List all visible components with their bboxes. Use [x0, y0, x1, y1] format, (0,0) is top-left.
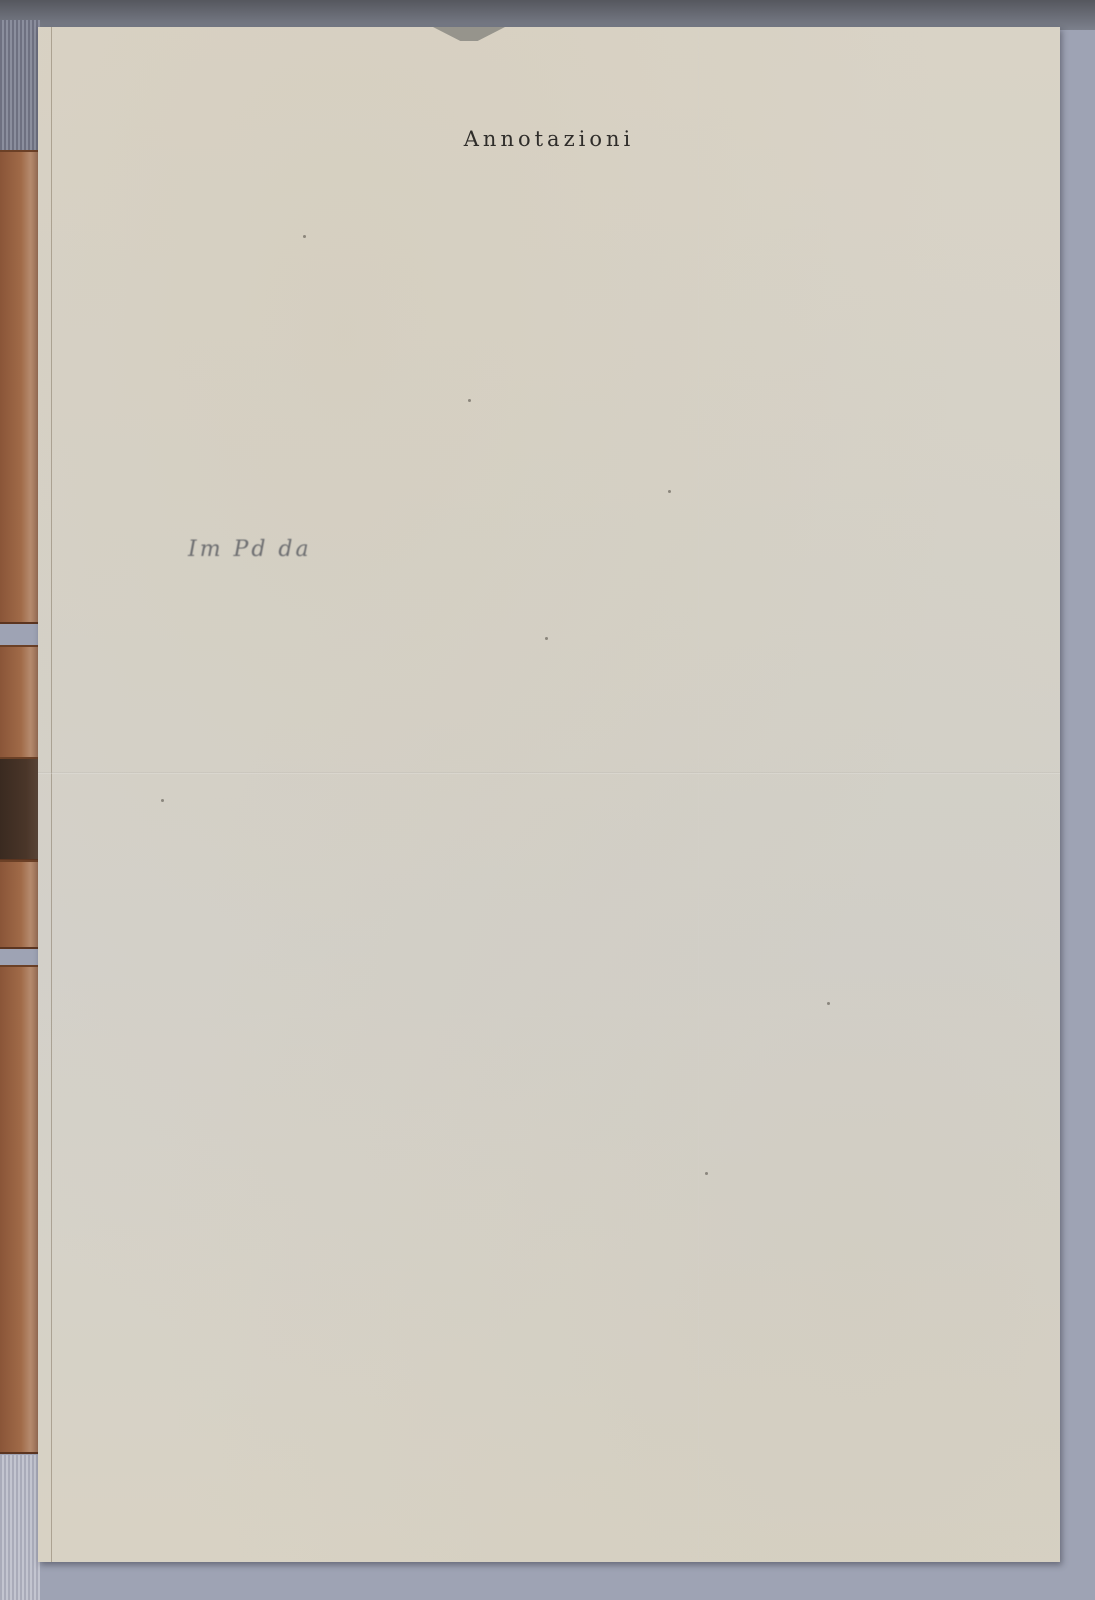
- speck: [827, 1002, 830, 1005]
- vertical-fold: [698, 27, 699, 1562]
- top-tear: [433, 27, 505, 41]
- document-page: Annotazioni Im Pd da: [38, 27, 1060, 1562]
- speck: [161, 799, 164, 802]
- binding-strip: [0, 965, 38, 1454]
- binding-strip: [0, 150, 38, 624]
- speck: [545, 637, 548, 640]
- speck: [303, 235, 306, 238]
- binding-fabric-bottom: [0, 1455, 40, 1600]
- margin-line: [51, 27, 52, 1562]
- binding-strip: [0, 860, 38, 949]
- page-title: Annotazioni: [38, 127, 1060, 151]
- speck: [468, 399, 471, 402]
- speck: [705, 1172, 708, 1175]
- binding-strip: [0, 645, 38, 759]
- binding-fabric-top: [0, 20, 40, 155]
- background-top: [0, 0, 1095, 30]
- speck: [668, 490, 671, 493]
- binding-strip-dark: [0, 757, 38, 861]
- handwritten-note: Im Pd da: [188, 537, 312, 562]
- horizontal-fold: [38, 772, 1060, 774]
